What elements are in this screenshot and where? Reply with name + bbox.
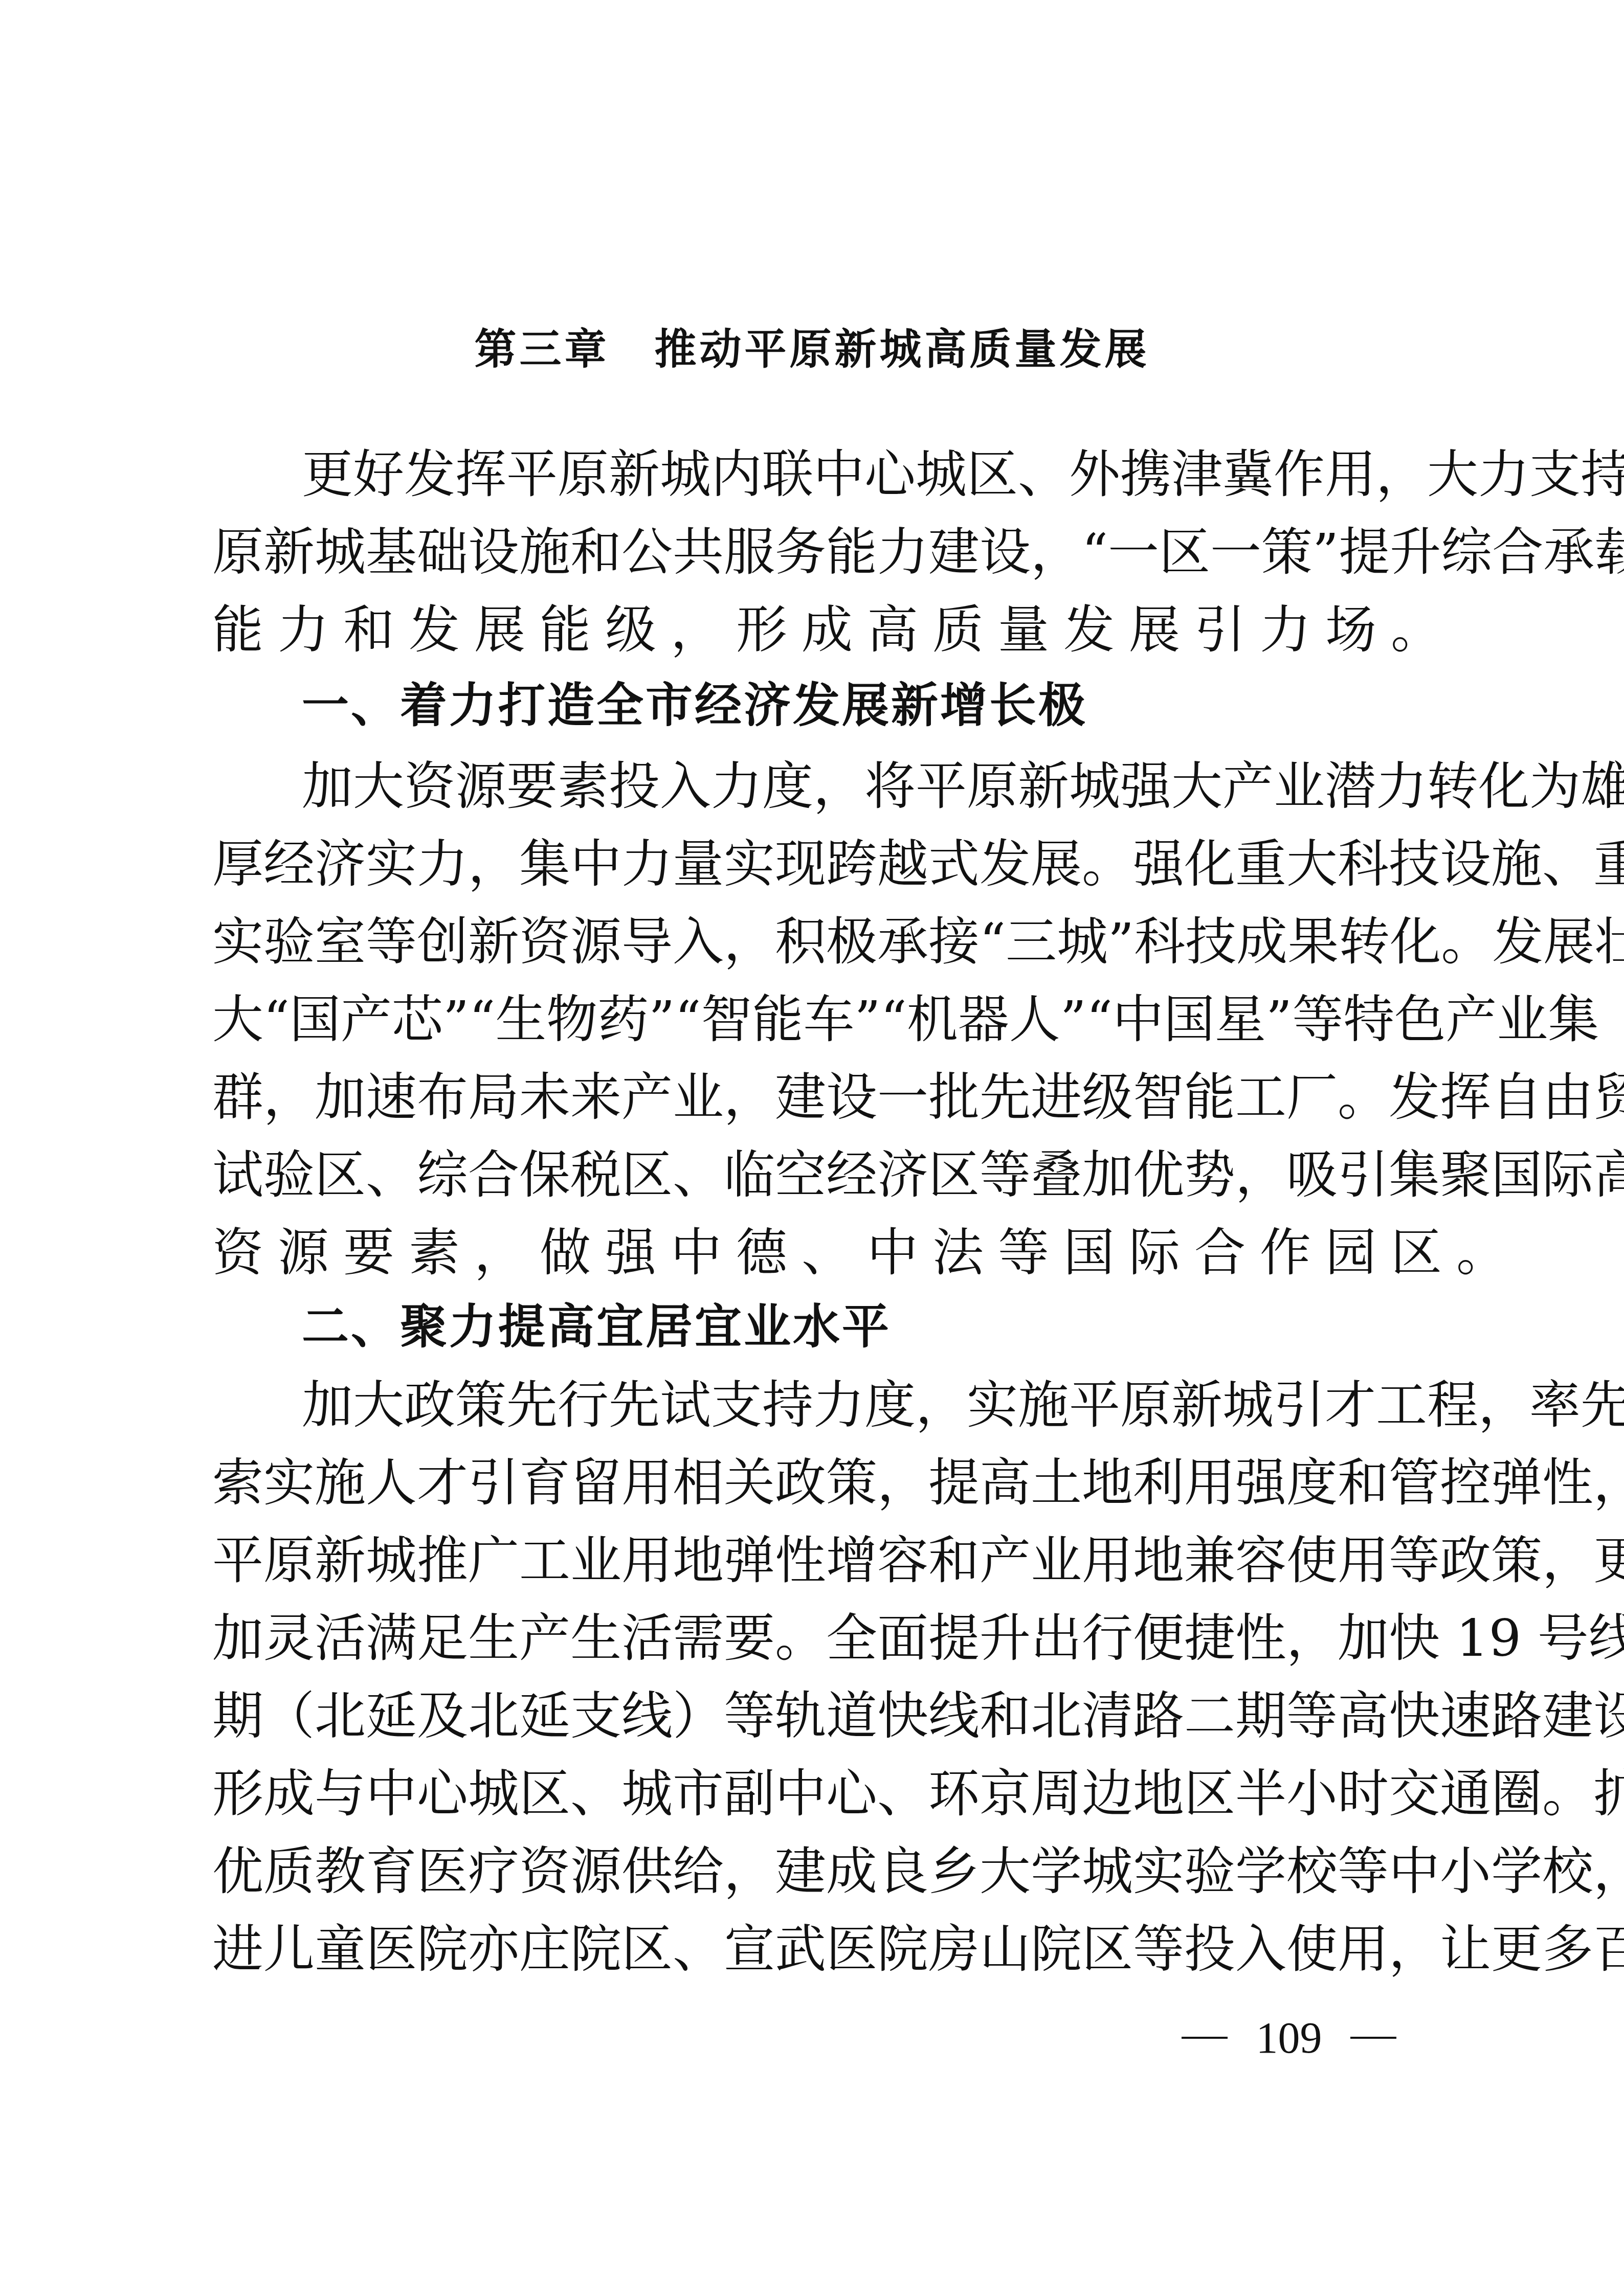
chapter-title: 第三章 推动平原新城高质量发展 [0,316,1624,376]
paragraph-line: 加大政策先行先试支持力度，实施平原新城引才工程，率先探 [212,1375,1423,1436]
paragraph-line: 加大资源要素投入力度，将平原新城强大产业潜力转化为雄 [212,756,1423,817]
paragraph-line: 平原新城推广工业用地弹性增容和产业用地兼容使用等政策，更 [212,1530,1423,1591]
paragraph-line: 群，加速布局未来产业，建设一批先进级智能工厂。发挥自由贸易 [212,1067,1423,1128]
section-heading: 二、聚力提高宜居宜业水平 [302,1296,891,1358]
dash-decoration [1182,2037,1228,2039]
paragraph-line: 更好发挥平原新城内联中心城区、外携津冀作用，大力支持平 [212,444,1423,505]
page-number-value: 109 [1256,2010,1322,2066]
section-heading: 一、着力打造全市经济发展新增长极 [302,675,1087,736]
paragraph-line: 厚经济实力，集中力量实现跨越式发展。强化重大科技设施、重点 [212,834,1423,895]
paragraph-line: 实验室等创新资源导入，积极承接“三城”科技成果转化。发展壮 [212,911,1423,973]
paragraph-line: 资源要素，做强中德、中法等国际合作园区。 [212,1222,1423,1284]
paragraph-line: 加灵活满足生产生活需要。全面提升出行便捷性，加快 19 号线二 [212,1608,1423,1669]
paragraph-line: 大“国产芯”“生物药”“智能车”“机器人”“中国星”等特色产业集 [212,989,1423,1050]
paragraph-line: 期（北延及北延支线）等轨道快线和北清路二期等高快速路建设， [212,1685,1423,1747]
paragraph-line: 形成与中心城区、城市副中心、环京周边地区半小时交通圈。扩大 [212,1763,1423,1825]
page-number: 109 [1182,2010,1396,2066]
paragraph-line: 优质教育医疗资源供给，建成良乡大学城实验学校等中小学校，推 [212,1841,1423,1902]
paragraph-line: 能力和发展能级，形成高质量发展引力场。 [212,599,1423,661]
paragraph-line: 试验区、综合保税区、临空经济区等叠加优势，吸引集聚国际高端 [212,1144,1423,1206]
paragraph-line: 索实施人才引育留用相关政策，提高土地利用强度和管控弹性，在 [212,1452,1423,1514]
paragraph-line: 原新城基础设施和公共服务能力建设，“一区一策”提升综合承载 [212,522,1423,583]
document-page: 第三章 推动平原新城高质量发展 更好发挥平原新城内联中心城区、外携津冀作用，大力… [0,0,1624,2296]
dash-decoration [1350,2037,1396,2039]
paragraph-line: 进儿童医院亦庄院区、宣武医院房山院区等投入使用，让更多百姓 [212,1919,1423,1980]
